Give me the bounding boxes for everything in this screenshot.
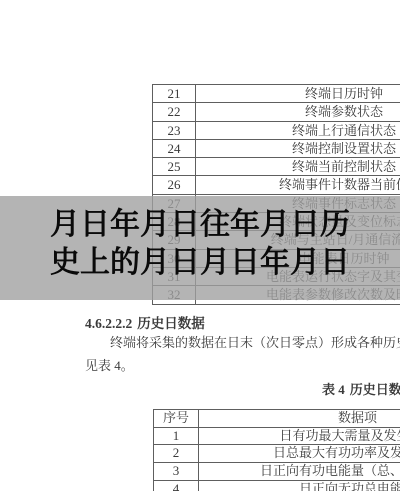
row-item: 终端日历时钟 xyxy=(196,85,400,102)
table-row: 1日有功最大需量及发生时间 xyxy=(154,428,400,446)
table-row: 4日正向无功总电能量 xyxy=(154,481,400,491)
overlay-band: 月日年月日往年月日历 史上的月日月日年月日 xyxy=(0,196,400,300)
overlay-title-line1: 月日年月日往年月日历 xyxy=(0,206,400,244)
table4-caption-number: 表 4 xyxy=(322,382,345,397)
row-number: 25 xyxy=(153,158,196,175)
table4-caption: 表 4历史日数据 xyxy=(322,383,400,397)
row-number: 23 xyxy=(153,122,196,139)
history-day-table: 序号 数据项 1日有功最大需量及发生时间 2日总最大有功功率及发生时间 3日正向… xyxy=(153,409,400,491)
table-row: 21终端日历时钟 xyxy=(153,85,400,103)
row-number: 22 xyxy=(153,103,196,120)
section-number: 4.6.2.2.2 xyxy=(85,316,132,331)
section-heading: 4.6.2.2.2历史日数据 xyxy=(85,317,205,331)
overlay-title-line2: 史上的月日月日年月日 xyxy=(0,244,400,282)
row-number: 21 xyxy=(153,85,196,102)
header-item: 数据项 xyxy=(199,410,400,427)
table-row: 2日总最大有功功率及发生时间 xyxy=(154,445,400,463)
row-item: 日有功最大需量及发生时间 xyxy=(199,428,400,445)
row-number: 3 xyxy=(154,463,199,480)
table4-caption-title: 历史日数据 xyxy=(350,382,400,397)
row-item: 日正向有功电能量（总、各费率） xyxy=(199,463,400,480)
row-item: 日正向无功总电能量 xyxy=(199,481,400,491)
document-page: 21终端日历时钟 22终端参数状态 23终端上行通信状态 24终端控制设置状态 … xyxy=(0,0,400,491)
row-item: 终端上行通信状态 xyxy=(196,122,400,139)
header-seq: 序号 xyxy=(154,410,199,427)
table-row: 24终端控制设置状态 xyxy=(153,140,400,158)
row-item: 终端控制设置状态 xyxy=(196,140,400,157)
row-number: 26 xyxy=(153,176,196,193)
row-item: 终端事件计数器当前值 xyxy=(196,176,400,193)
table4-header-row: 序号 数据项 xyxy=(154,410,400,428)
row-item: 终端当前控制状态 xyxy=(196,158,400,175)
table-row: 26终端事件计数器当前值 xyxy=(153,176,400,194)
table-row: 23终端上行通信状态 xyxy=(153,122,400,140)
row-number: 4 xyxy=(154,481,199,491)
table-row: 3日正向有功电能量（总、各费率） xyxy=(154,463,400,481)
row-number: 2 xyxy=(154,445,199,462)
section-title: 历史日数据 xyxy=(137,316,205,331)
row-number: 1 xyxy=(154,428,199,445)
table-row: 22终端参数状态 xyxy=(153,103,400,121)
row-item: 日总最大有功功率及发生时间 xyxy=(199,445,400,462)
row-number: 24 xyxy=(153,140,196,157)
paragraph-line-2: 见表 4。 xyxy=(85,359,134,373)
paragraph-line-1: 终端将采集的数据在日末（次日零点）形成各种历史日数据， xyxy=(110,336,400,350)
row-item: 终端参数状态 xyxy=(196,103,400,120)
table-row: 25终端当前控制状态 xyxy=(153,158,400,176)
